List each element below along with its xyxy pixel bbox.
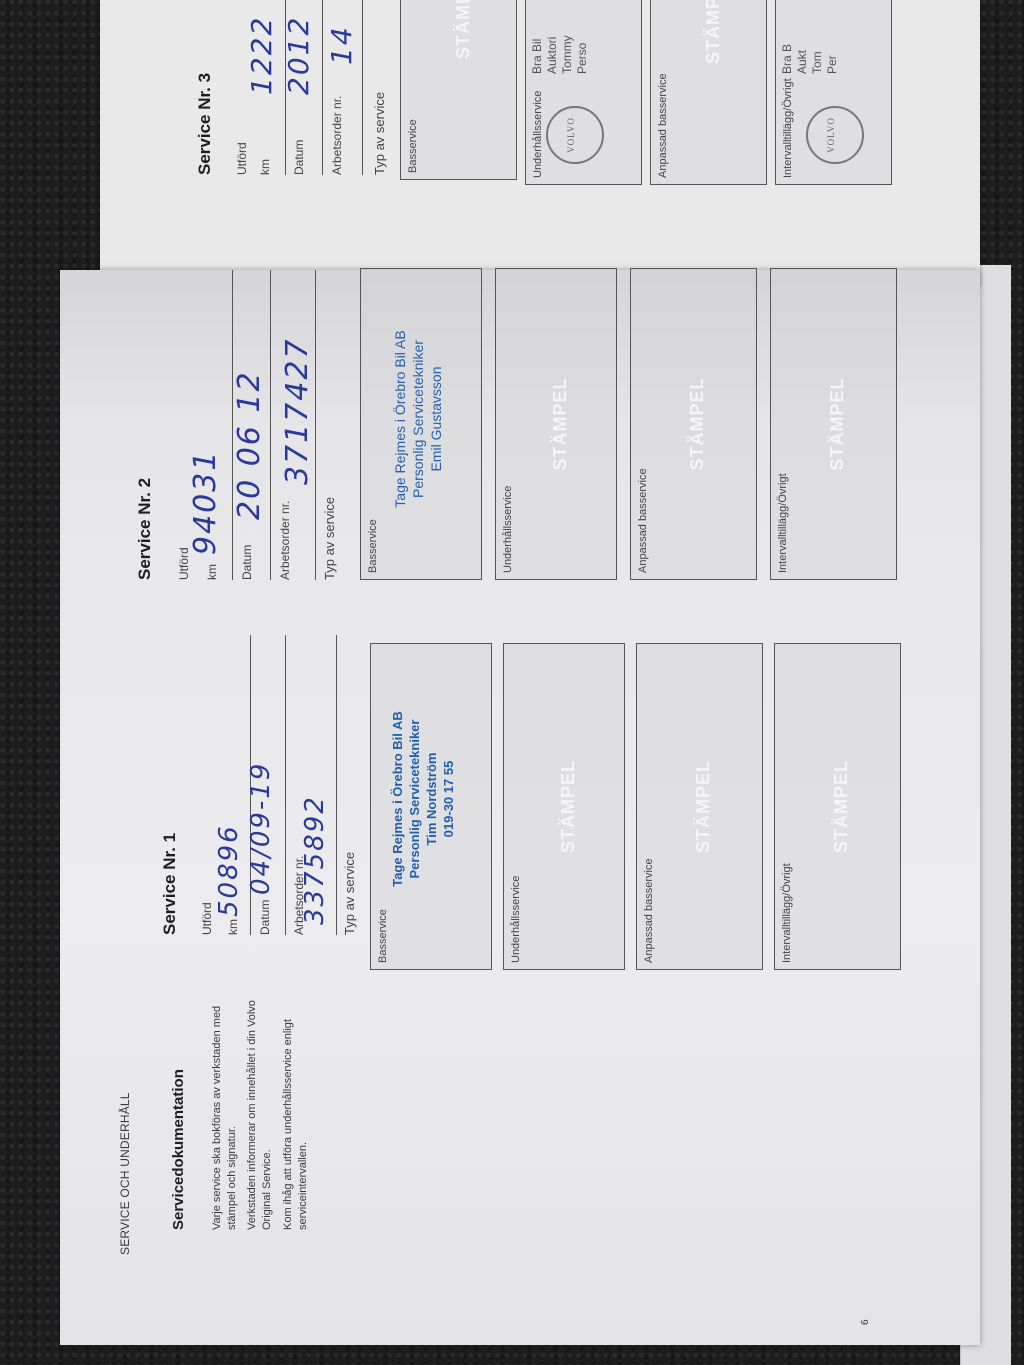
page-number: 6 <box>860 1319 871 1325</box>
service-2-arbetsorder-line <box>315 270 316 580</box>
intro-paragraph-2: Verkstaden informerar om innehållet i di… <box>245 1000 275 1230</box>
service-1-stamp: Tage Rejmes i Örebro Bil AB Personlig Se… <box>389 669 457 929</box>
box-label: Basservice <box>377 909 389 963</box>
service-3-arbetsorder-value[interactable]: 14 <box>325 25 358 65</box>
service-booklet: SERVICE OCH UNDERHÅLL Servicedokumentati… <box>0 0 1024 1365</box>
stamp-line: Tage Rejmes i Örebro Bil AB <box>389 669 406 929</box>
service-3-arbetsorder-line <box>362 0 363 175</box>
stamp-line: Personlig Servicetekniker <box>409 279 427 559</box>
intro-paragraph-1: Varje service ska bokföras av verkstaden… <box>210 1000 240 1230</box>
volvo-logo-stamp: VOLVO <box>806 106 864 164</box>
stamp-line: Tom <box>810 44 825 74</box>
stamp-line: Bra Bil <box>530 35 545 74</box>
box-label: Anpassad basservice <box>657 73 669 178</box>
stamp-line: Auktori <box>545 35 560 74</box>
logo-text: VOLVO <box>566 108 576 162</box>
service-2-datum-line <box>270 270 271 580</box>
stamp-line: 019-30 17 55 <box>440 669 457 929</box>
logo-text: VOLVO <box>826 108 836 162</box>
stamp-line: Emil Gustavsson <box>427 279 445 559</box>
stamp-placeholder: STÄMPEL <box>831 644 852 969</box>
stamp-placeholder: STÄMPEL <box>703 0 724 64</box>
service-3-stamp: Bra Bil Auktori Tommy Perso <box>530 35 590 74</box>
box-label: Intervalltillägg/Övrigt <box>777 473 789 573</box>
service-1-typ-label: Typ av service <box>342 852 357 935</box>
service-1-underhallsservice-box: Underhållsservice STÄMPEL <box>503 643 625 970</box>
service-3-datum-label: Datum <box>292 140 306 175</box>
stamp-line: Perso <box>575 35 590 74</box>
service-2-typ-label: Typ av service <box>322 497 337 580</box>
section-header: SERVICE OCH UNDERHÅLL <box>118 1092 132 1255</box>
box-label: Intervalltillägg/Övrigt <box>782 78 794 178</box>
stamp-placeholder: STÄMPEL <box>550 269 571 579</box>
service-3-intervall-box: Intervalltillägg/Övrigt VOLVO Bra B Aukt… <box>775 0 892 185</box>
service-1-arbetsorder-value[interactable]: 3375892 <box>300 795 330 925</box>
box-label: Underhållsservice <box>510 876 522 963</box>
service-1-arbetsorder-line <box>336 635 337 935</box>
service-1-basservice-box: Basservice Tage Rejmes i Örebro Bil AB P… <box>370 643 492 970</box>
service-1-datum-line <box>285 635 286 935</box>
service-2-arbetsorder-value[interactable]: 3717427 <box>280 337 315 485</box>
stamp-line: Personlig Servicetekniker <box>406 669 423 929</box>
stamp-line: Aukt <box>795 44 810 74</box>
service-1-title: Service Nr. 1 <box>160 833 180 935</box>
stamp-line: Tommy <box>560 35 575 74</box>
service-1-datum-value[interactable]: 04/09-19 <box>246 762 276 895</box>
service-3-anpassad-box: Anpassad basservice STÄMPEL <box>650 0 767 185</box>
box-label: Anpassad basservice <box>643 858 655 963</box>
stamp-line: Per <box>825 44 840 74</box>
service-3-title: Service Nr. 3 <box>195 73 215 175</box>
service-1-utford-label: Utförd <box>200 902 214 935</box>
intro-paragraph-3: Kom ihåg att utföra underhållsservice en… <box>281 1000 311 1230</box>
service-2-underhallsservice-box: Underhållsservice STÄMPEL <box>495 268 617 580</box>
service-2-anpassad-box: Anpassad basservice STÄMPEL <box>630 268 757 580</box>
service-3-underhallsservice-box: Underhållsservice VOLVO Bra Bil Auktori … <box>525 0 642 185</box>
service-1-datum-label: Datum <box>258 900 272 935</box>
stamp-placeholder: STÄMPEL <box>558 644 579 969</box>
service-3-datum-line <box>322 0 323 175</box>
stamp-line: Tage Rejmes i Örebro Bil AB <box>391 279 409 559</box>
service-1-intervall-box: Intervalltillägg/Övrigt STÄMPEL <box>774 643 901 970</box>
stamp-placeholder: STÄMPEL <box>693 644 714 969</box>
service-2-title: Service Nr. 2 <box>135 478 155 580</box>
service-3-utford-label: Utförd <box>235 142 249 175</box>
service-2-km-label: km <box>205 564 219 580</box>
service-3-km-value[interactable]: 1222 <box>245 16 278 95</box>
box-label: Intervalltillägg/Övrigt <box>781 863 793 963</box>
box-label: Basservice <box>367 519 379 573</box>
service-3-arbetsorder-label: Arbetsorder nr. <box>330 96 344 175</box>
service-2-datum-label: Datum <box>240 545 254 580</box>
service-3-stamp-2: Bra B Aukt Tom Per <box>780 44 840 74</box>
service-2-stamp: Tage Rejmes i Örebro Bil AB Personlig Se… <box>391 279 445 559</box>
service-3-typ-label: Typ av service <box>372 92 387 175</box>
stamp-line: Tim Nordström <box>423 669 440 929</box>
service-2-intervall-box: Intervalltillägg/Övrigt STÄMPEL <box>770 268 897 580</box>
service-1-km-value[interactable]: 50896 <box>214 824 244 917</box>
box-label: Underhållsservice <box>532 91 544 178</box>
stamp-placeholder: STÄMPEL <box>827 269 848 579</box>
box-label: Underhållsservice <box>502 486 514 573</box>
service-3-datum-value[interactable]: 2012 <box>282 16 315 95</box>
stamp-placeholder: STÄMPEL <box>687 269 708 579</box>
stamp-placeholder: STÄMPEL <box>453 0 474 59</box>
service-2-datum-value[interactable]: 20 06 12 <box>232 370 267 520</box>
service-1-km-label: km <box>226 919 240 935</box>
stamp-line: Bra B <box>780 44 795 74</box>
volvo-logo-stamp: VOLVO <box>546 106 604 164</box>
service-2-km-value[interactable]: 94031 <box>188 450 223 555</box>
service-2-arbetsorder-label: Arbetsorder nr. <box>278 501 292 580</box>
service-2-basservice-box: Basservice Tage Rejmes i Örebro Bil AB P… <box>360 268 482 580</box>
box-label: Anpassad basservice <box>637 468 649 573</box>
service-3-km-label: km <box>258 159 272 175</box>
service-1-anpassad-box: Anpassad basservice STÄMPEL <box>636 643 763 970</box>
box-label: Basservice <box>407 119 419 173</box>
intro-title: Servicedokumentation <box>170 1069 187 1230</box>
service-3-basservice-box: Basservice STÄMPEL <box>400 0 517 180</box>
